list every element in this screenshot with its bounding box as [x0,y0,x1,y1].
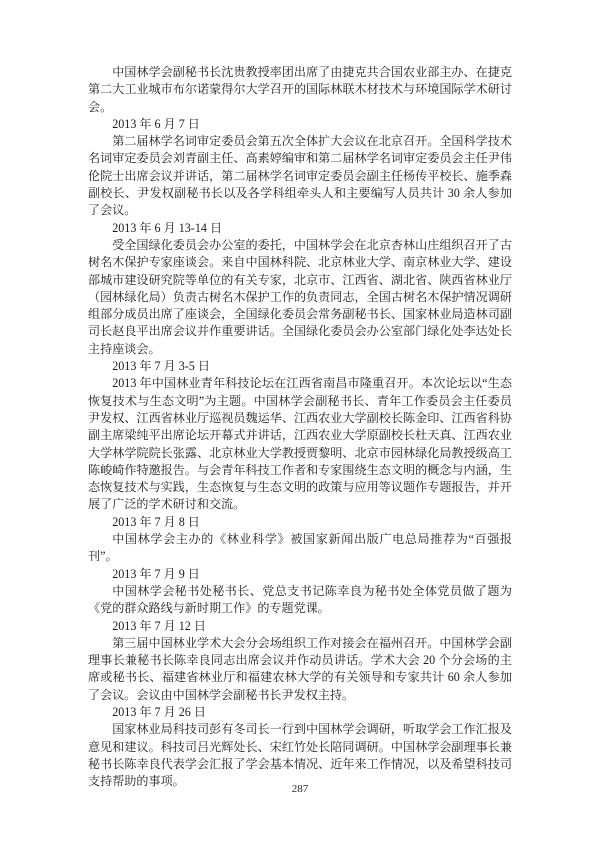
body-text: 中国林学会副秘书长沈贵教授率团出席了由捷克共合国农业部主办、在捷克第二大工业城市… [88,64,512,790]
event-paragraph: 中国林学会秘书处秘书长、党总支书记陈幸良为秘书处全体党员做了题为《党的群众路线与… [88,583,512,618]
event-paragraph: 中国林学会副秘书长沈贵教授率团出席了由捷克共合国农业部主办、在捷克第二大工业城市… [88,64,512,116]
date-heading: 2013 年 7 月 3-5 日 [88,358,512,375]
event-paragraph: 第三届中国林业学术大会分会场组织工作对接会在福州召开。中国林学会副理事长兼秘书长… [88,635,512,704]
page-number: 287 [0,783,600,795]
event-paragraph: 第二届林学名词审定委员会第五次全体扩大会议在北京召开。全国科学技术名词审定委员会… [88,133,512,219]
date-heading: 2013 年 7 月 8 日 [88,514,512,531]
event-paragraph: 国家林业局科技司彭有冬司长一行到中国林学会调研，听取学会工作汇报及意见和建议。科… [88,721,512,790]
event-paragraph: 2013 年中国林业青年科技论坛在江西省南昌市隆重召开。本次论坛以“生态恢复技术… [88,375,512,513]
date-heading: 2013 年 6 月 13-14 日 [88,220,512,237]
date-heading: 2013 年 7 月 12 日 [88,618,512,635]
event-paragraph: 受全国绿化委员会办公室的委托，中国林学会在北京杏林山庄组织召开了古树名木保护专家… [88,237,512,358]
date-heading: 2013 年 6 月 7 日 [88,116,512,133]
event-paragraph: 中国林学会主办的《林业科学》被国家新闻出版广电总局推荐为“百强报刊”。 [88,531,512,566]
document-page: 中国林学会副秘书长沈贵教授率团出席了由捷克共合国农业部主办、在捷克第二大工业城市… [0,0,600,848]
date-heading: 2013 年 7 月 9 日 [88,566,512,583]
date-heading: 2013 年 7 月 26 日 [88,704,512,721]
